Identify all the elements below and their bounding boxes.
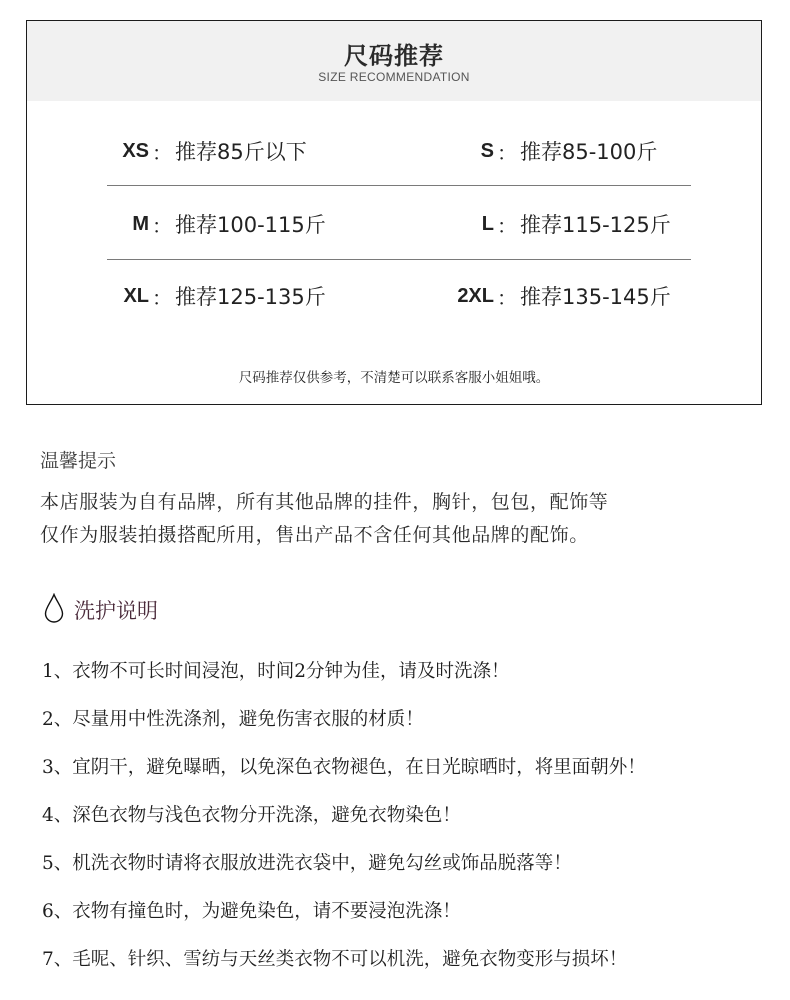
size-weight: 推荐85-100斤	[520, 136, 657, 166]
size-weight: 推荐85斤以下	[175, 136, 307, 166]
colon: ：	[149, 137, 175, 166]
colon: ：	[494, 137, 520, 166]
care-item: 1、衣物不可长时间浸泡，时间2分钟为佳，请及时洗涤！	[42, 656, 646, 704]
size-row: XL ： 推荐125-135斤 2XL ： 推荐135-145斤	[27, 276, 761, 316]
size-cell-s: S ： 推荐85-100斤	[427, 131, 657, 171]
size-title: 尺码推荐	[27, 36, 761, 71]
colon: ：	[149, 210, 175, 239]
size-label: 2XL	[427, 285, 494, 308]
size-cell-xs: XS ： 推荐85斤以下	[97, 131, 307, 171]
care-header: 洗护说明	[44, 594, 158, 626]
size-weight: 推荐100-115斤	[175, 209, 326, 239]
size-label: S	[427, 140, 494, 163]
size-row: XS ： 推荐85斤以下 S ： 推荐85-100斤	[27, 131, 761, 171]
row-divider	[107, 185, 691, 186]
tips-title: 温馨提示	[40, 446, 116, 473]
colon: ：	[494, 210, 520, 239]
size-label: XS	[97, 140, 149, 163]
size-header: 尺码推荐 SIZE RECOMMENDATION	[27, 21, 761, 101]
size-note: 尺码推荐仅供参考，不清楚可以联系客服小姐姐哦。	[27, 366, 761, 386]
size-label: M	[97, 213, 149, 236]
care-item: 4、深色衣物与浅色衣物分开洗涤，避免衣物染色！	[42, 800, 646, 848]
size-cell-m: M ： 推荐100-115斤	[97, 204, 326, 244]
care-title: 洗护说明	[74, 595, 158, 625]
size-label: L	[427, 213, 494, 236]
tips-line: 本店服装为自有品牌，所有其他品牌的挂件，胸针，包包，配饰等	[40, 486, 608, 519]
care-item: 3、宜阴干，避免曝晒，以免深色衣物褪色，在日光晾晒时，将里面朝外！	[42, 752, 646, 800]
colon: ：	[149, 282, 175, 311]
size-cell-2xl: 2XL ： 推荐135-145斤	[427, 276, 671, 316]
care-item: 5、机洗衣物时请将衣服放进洗衣袋中，避免勾丝或饰品脱落等！	[42, 848, 646, 896]
size-cell-l: L ： 推荐115-125斤	[427, 204, 671, 244]
size-weight: 推荐115-125斤	[520, 209, 671, 239]
row-divider	[107, 259, 691, 260]
size-weight: 推荐125-135斤	[175, 281, 326, 311]
size-row: M ： 推荐100-115斤 L ： 推荐115-125斤	[27, 204, 761, 244]
size-cell-xl: XL ： 推荐125-135斤	[97, 276, 326, 316]
care-item: 7、毛呢、针织、雪纺与天丝类衣物不可以机洗，避免衣物变形与损坏！	[42, 944, 646, 992]
care-item: 6、衣物有撞色时，为避免染色，请不要浸泡洗涤！	[42, 896, 646, 944]
size-weight: 推荐135-145斤	[520, 281, 671, 311]
size-recommendation-box: 尺码推荐 SIZE RECOMMENDATION XS ： 推荐85斤以下 S …	[26, 20, 762, 405]
care-list: 1、衣物不可长时间浸泡，时间2分钟为佳，请及时洗涤！ 2、尽量用中性洗涤剂，避免…	[42, 656, 646, 992]
size-label: XL	[97, 285, 149, 308]
tips-body: 本店服装为自有品牌，所有其他品牌的挂件，胸针，包包，配饰等 仅作为服装拍摄搭配所…	[40, 486, 608, 552]
size-subtitle: SIZE RECOMMENDATION	[27, 70, 761, 84]
colon: ：	[494, 282, 520, 311]
tips-line: 仅作为服装拍摄搭配所用，售出产品不含任何其他品牌的配饰。	[40, 519, 608, 552]
water-drop-icon	[44, 593, 64, 627]
care-item: 2、尽量用中性洗涤剂，避免伤害衣服的材质！	[42, 704, 646, 752]
